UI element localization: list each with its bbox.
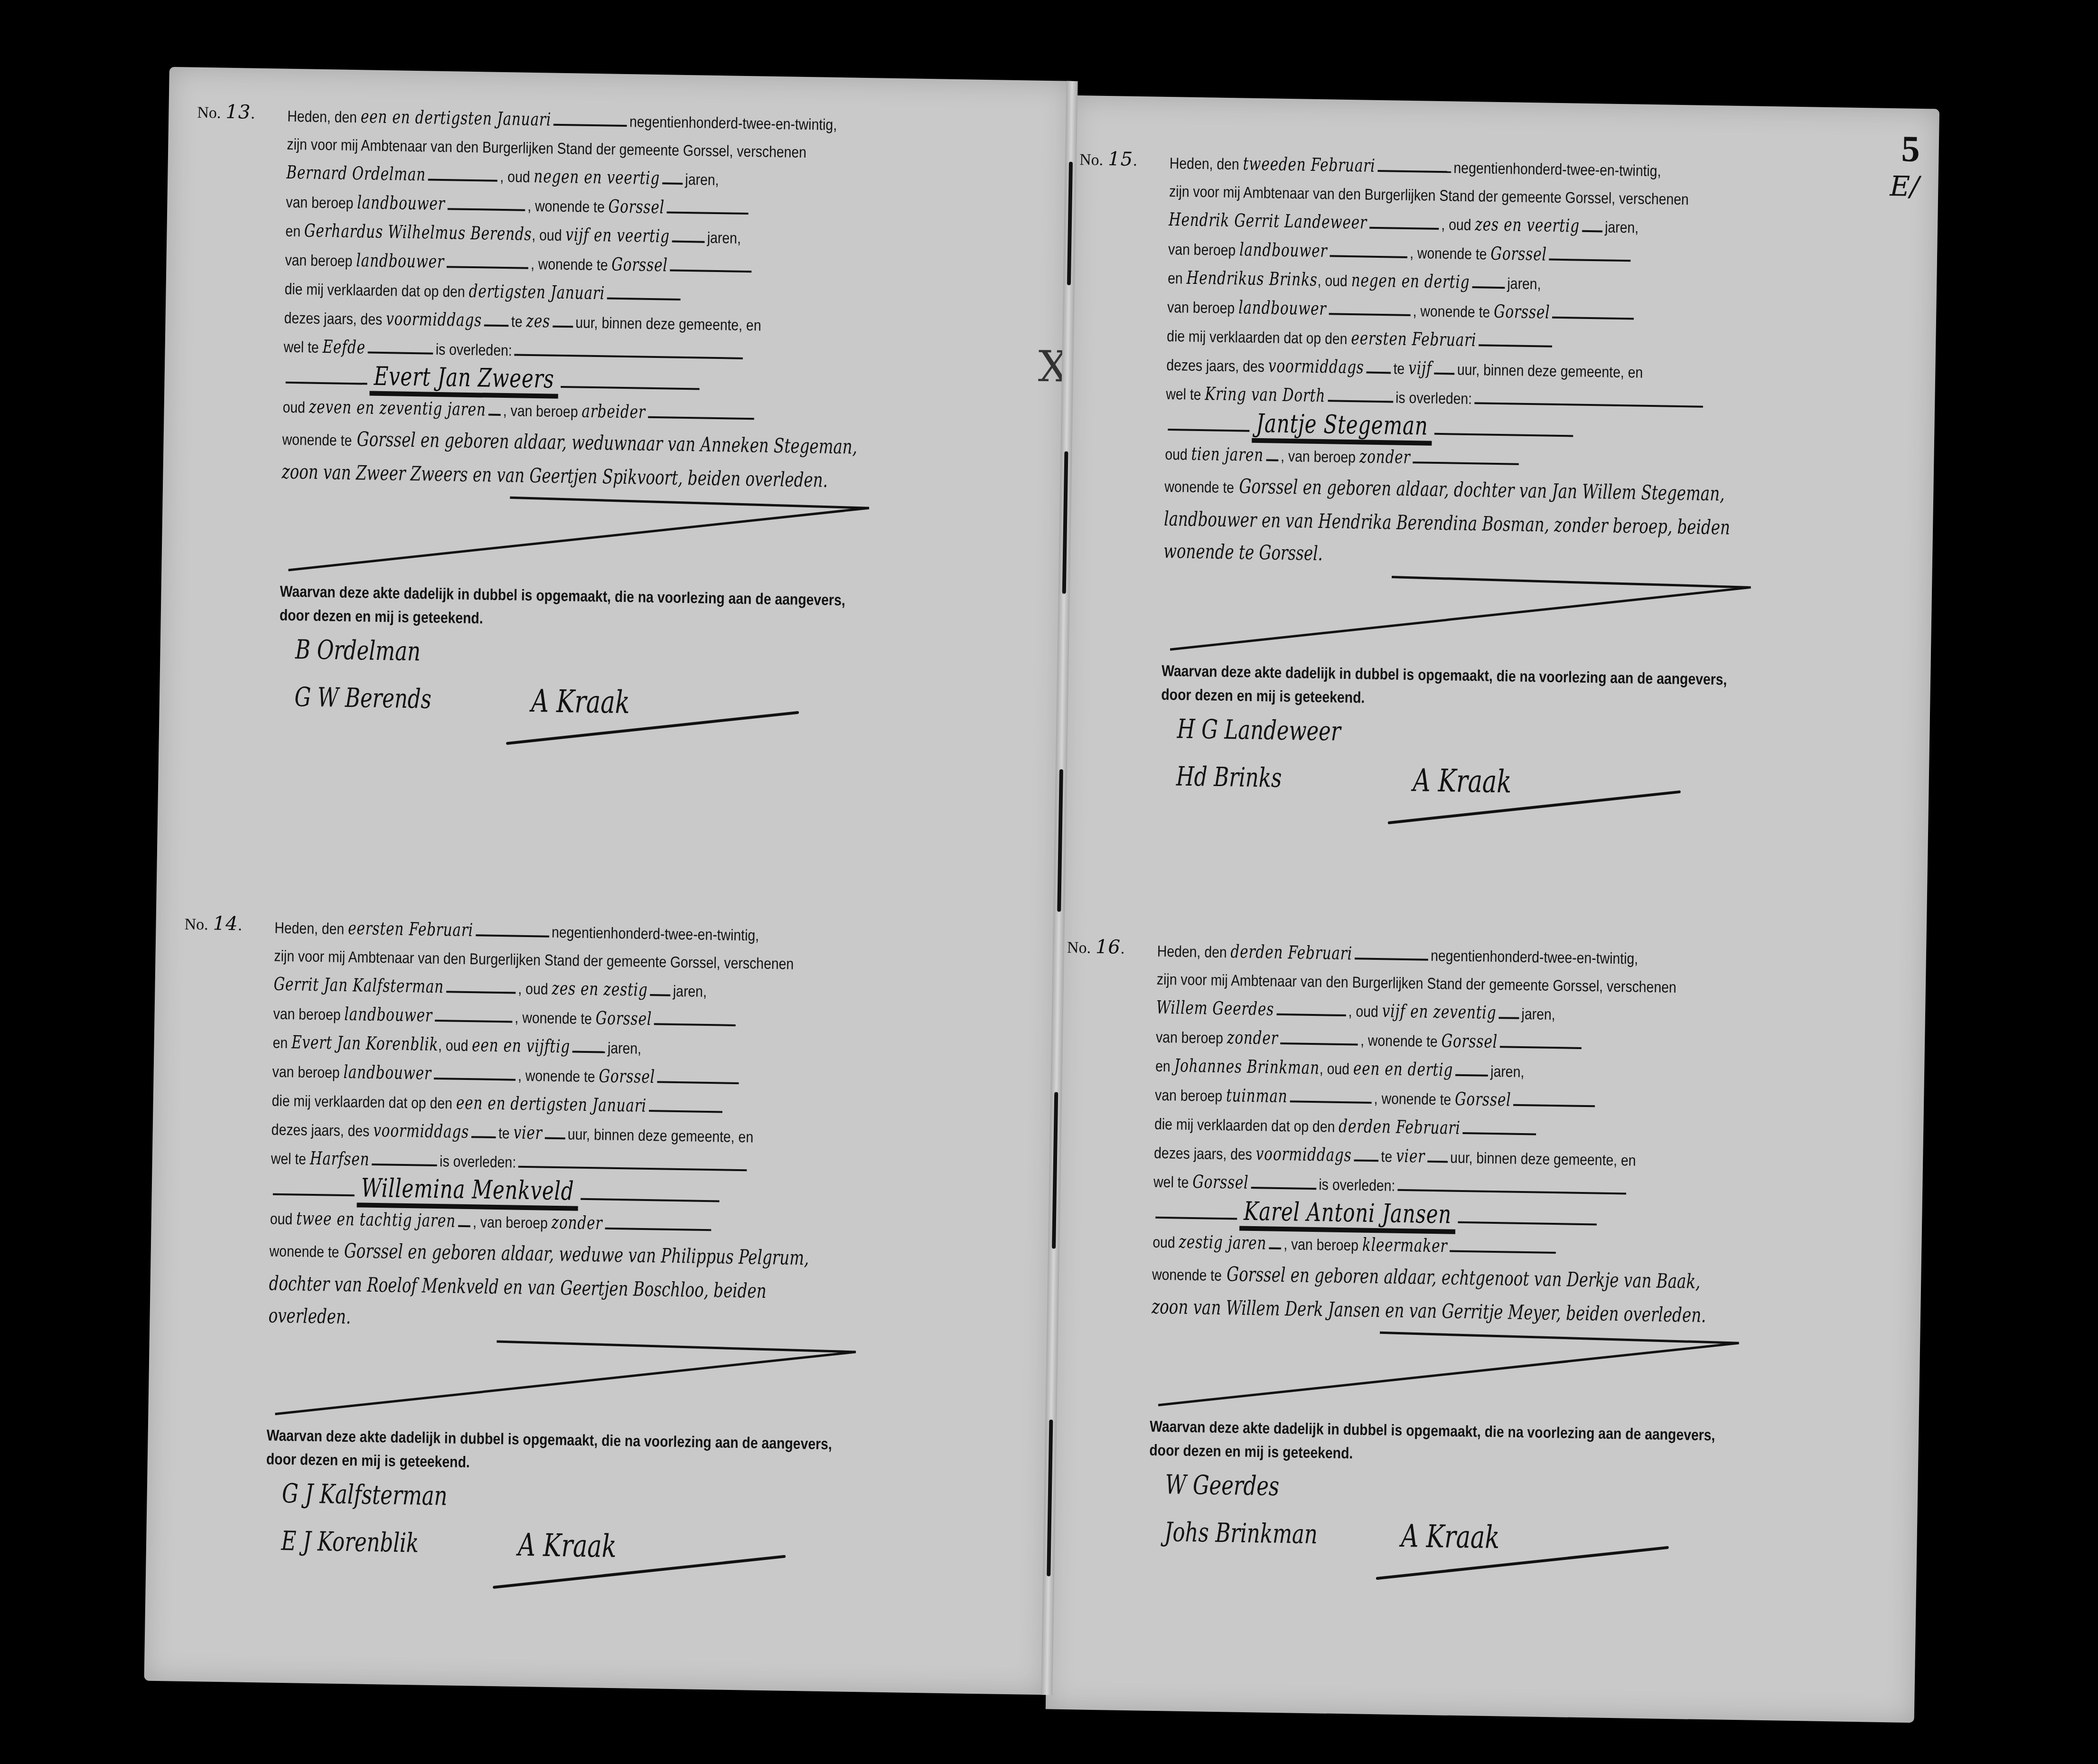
declarant2-name: Evert Jan Korenblik — [291, 1032, 439, 1055]
registrar-signature: A Kraak — [1413, 767, 1511, 795]
declarant1-occupation: landbouwer — [1239, 239, 1328, 261]
declarant2-age: negen en dertig — [1351, 270, 1470, 292]
record-narrative: Gorssel en geboren aldaar, dochter van J… — [1163, 474, 1730, 565]
death-place: Harfsen — [310, 1148, 370, 1170]
signatures: G J Kalfsterman E J Korenblik A Kraak — [264, 1480, 837, 1603]
record-number: No.16. — [1067, 936, 1125, 958]
right-page: 5 E/ X No.15. Heden, den tweeden Februar… — [1046, 95, 1939, 1723]
declarant1-age: negen en veertig — [534, 166, 660, 188]
signatures: W Geerdes Johs Brinkman A Kraak — [1147, 1472, 1721, 1595]
declarant2-occupation: landbouwer — [343, 1061, 431, 1084]
declarant1-residence: Gorssel — [1490, 243, 1547, 265]
closing-zigzag-line — [1150, 1324, 1743, 1419]
declarant1-occupation: landbouwer — [357, 192, 445, 214]
page-number: 5 E/ — [1890, 127, 1920, 203]
declarant1-residence: Gorssel — [608, 196, 665, 217]
deceased-name: Karel Antoni Jansen — [1239, 1196, 1456, 1234]
declarant2-occupation: landbouwer — [1238, 297, 1327, 319]
death-date: eersten Februari — [1351, 328, 1477, 350]
death-place: Kring van Dorth — [1205, 383, 1326, 406]
declarant2-occupation: landbouwer — [356, 250, 444, 272]
record-date: derden Februari — [1230, 941, 1352, 964]
death-hour: vier — [513, 1122, 543, 1144]
book-spread: No.13. Heden, den een en dertigsten Janu… — [144, 67, 1940, 1708]
declarant2-age: een en vijftig — [472, 1034, 570, 1057]
record-date: een en dertigsten Januari — [361, 106, 552, 130]
time-of-day: voormiddags — [386, 308, 482, 330]
record-date: tweeden Februari — [1243, 153, 1375, 176]
signatures: H G Landeweer Hd Brinks A Kraak — [1159, 716, 1733, 839]
death-hour: vier — [1396, 1145, 1425, 1167]
time-of-day: voormiddags — [1255, 1143, 1352, 1165]
registrar-signature: A Kraak — [531, 688, 630, 716]
declarant2-signature: Johs Brinkman — [1164, 1519, 1318, 1548]
death-record: No.16. Heden, den derden Februarinegenti… — [1076, 936, 1845, 1596]
declarant2-residence: Gorssel — [1494, 301, 1550, 323]
declarant2-name: Gerhardus Wilhelmus Berends — [304, 220, 532, 244]
declarant1-occupation: zonder — [1227, 1027, 1278, 1049]
declarant2-residence: Gorssel — [1455, 1088, 1511, 1110]
record-narrative: Gorssel en geboren aldaar, echtgenoot va… — [1152, 1262, 1706, 1327]
death-date: dertigsten Januari — [468, 281, 605, 303]
left-page: No.13. Heden, den een en dertigsten Janu… — [144, 67, 1071, 1695]
death-date: een en dertigsten Januari — [456, 1092, 646, 1116]
declarant1-age: vijf en zeventig — [1382, 1000, 1496, 1023]
deceased-occupation: zonder — [551, 1212, 602, 1234]
declarant1-residence: Gorssel — [596, 1007, 652, 1029]
deceased-age: zeven en zeventig jaren — [309, 396, 486, 420]
deceased-name: Willemina Menkveld — [357, 1173, 579, 1210]
deceased-name: Evert Jan Zweers — [369, 361, 558, 399]
page-number-value: 5 — [1890, 127, 1920, 170]
declarant2-age: vijf en veertig — [565, 224, 670, 246]
declarant2-age: een en dertig — [1353, 1058, 1453, 1080]
declarant1-age: zes en zestig — [552, 978, 648, 1000]
death-record: No.15. Heden, den tweeden Februarinegent… — [1088, 148, 1858, 841]
death-date: derden Februari — [1339, 1116, 1461, 1138]
closing-zigzag-line — [1162, 569, 1755, 664]
record-narrative: Gorssel en geboren aldaar, weduwnaar van… — [281, 427, 857, 492]
declarant2-residence: Gorssel — [599, 1065, 655, 1087]
declarant1-name: Bernard Ordelman — [286, 162, 426, 185]
declarant2-name: Johannes Brinkman — [1174, 1055, 1320, 1078]
declarant1-occupation: landbouwer — [344, 1004, 432, 1026]
deceased-age: zestig jaren — [1179, 1231, 1266, 1254]
death-record: No.14. Heden, den eersten Februarinegent… — [193, 912, 963, 1605]
declarant2-residence: Gorssel — [611, 254, 668, 276]
deceased-age: tien jaren — [1191, 443, 1264, 465]
record-number: No.15. — [1079, 148, 1137, 170]
death-hour: vijf — [1408, 357, 1432, 379]
declarant1-signature: W Geerdes — [1165, 1472, 1279, 1500]
record-number: No.14. — [184, 912, 242, 935]
registrar-signature: A Kraak — [518, 1532, 617, 1560]
declarant2-signature: Hd Brinks — [1176, 763, 1282, 791]
deceased-occupation: zonder — [1359, 446, 1411, 468]
closing-formula: Waarvan deze akte dadelijk in dubbel is … — [279, 580, 851, 636]
record-form: Heden, den een en dertigsten Januarinege… — [277, 102, 859, 760]
declarant1-signature: H G Landeweer — [1177, 716, 1341, 745]
signatures: B Ordelman G W Berends A Kraak — [277, 637, 851, 760]
record-narrative: Gorssel en geboren aldaar, weduwe van Ph… — [268, 1239, 809, 1328]
deceased-age: twee en tachtig jaren — [296, 1208, 456, 1231]
declarant1-name: Willem Geerdes — [1156, 997, 1274, 1020]
closing-formula: Waarvan deze akte dadelijk in dubbel is … — [1161, 659, 1733, 715]
registrar-signature: A Kraak — [1401, 1523, 1499, 1551]
closing-zigzag-line — [280, 489, 873, 584]
declarant1-signature: G J Kalfsterman — [282, 1481, 448, 1510]
declarant1-name: Gerrit Jan Kalfsterman — [273, 974, 444, 997]
declarant2-name: Hendrikus Brinks — [1186, 267, 1318, 290]
time-of-day: voormiddags — [1268, 355, 1365, 377]
deceased-occupation: arbeider — [581, 401, 646, 422]
declarant2-signature: E J Korenblik — [281, 1528, 419, 1557]
death-record: No.13. Heden, den een en dertigsten Janu… — [206, 101, 975, 761]
declarant1-age: zes en veertig — [1475, 214, 1580, 236]
record-form: Heden, den eersten Februarinegentienhond… — [264, 914, 846, 1604]
closing-formula: Waarvan deze akte dadelijk in dubbel is … — [1149, 1415, 1721, 1471]
declarant1-signature: B Ordelman — [295, 637, 421, 665]
record-form: Heden, den tweeden Februarinegentienhond… — [1159, 149, 1741, 839]
declarant2-signature: G W Berends — [294, 684, 431, 713]
death-place: Eefde — [322, 336, 365, 357]
deceased-occupation: kleermaker — [1362, 1234, 1448, 1257]
declarant1-name: Hendrik Gerrit Landeweer — [1169, 209, 1367, 233]
death-place: Gorssel — [1192, 1171, 1249, 1193]
declarant1-residence: Gorssel — [1441, 1030, 1498, 1052]
record-number: No.13. — [197, 101, 255, 123]
closing-formula: Waarvan deze akte dadelijk in dubbel is … — [266, 1423, 838, 1480]
record-date: eersten Februari — [348, 918, 474, 940]
time-of-day: voormiddags — [373, 1120, 469, 1142]
deceased-name: Jantje Stegeman — [1252, 408, 1432, 446]
page-mark: E/ — [1890, 170, 1920, 203]
death-hour: zes — [526, 310, 550, 332]
declarant2-occupation: tuinman — [1226, 1085, 1288, 1107]
record-form: Heden, den derden Februarinegentienhonde… — [1147, 937, 1729, 1595]
closing-zigzag-line — [267, 1333, 860, 1428]
